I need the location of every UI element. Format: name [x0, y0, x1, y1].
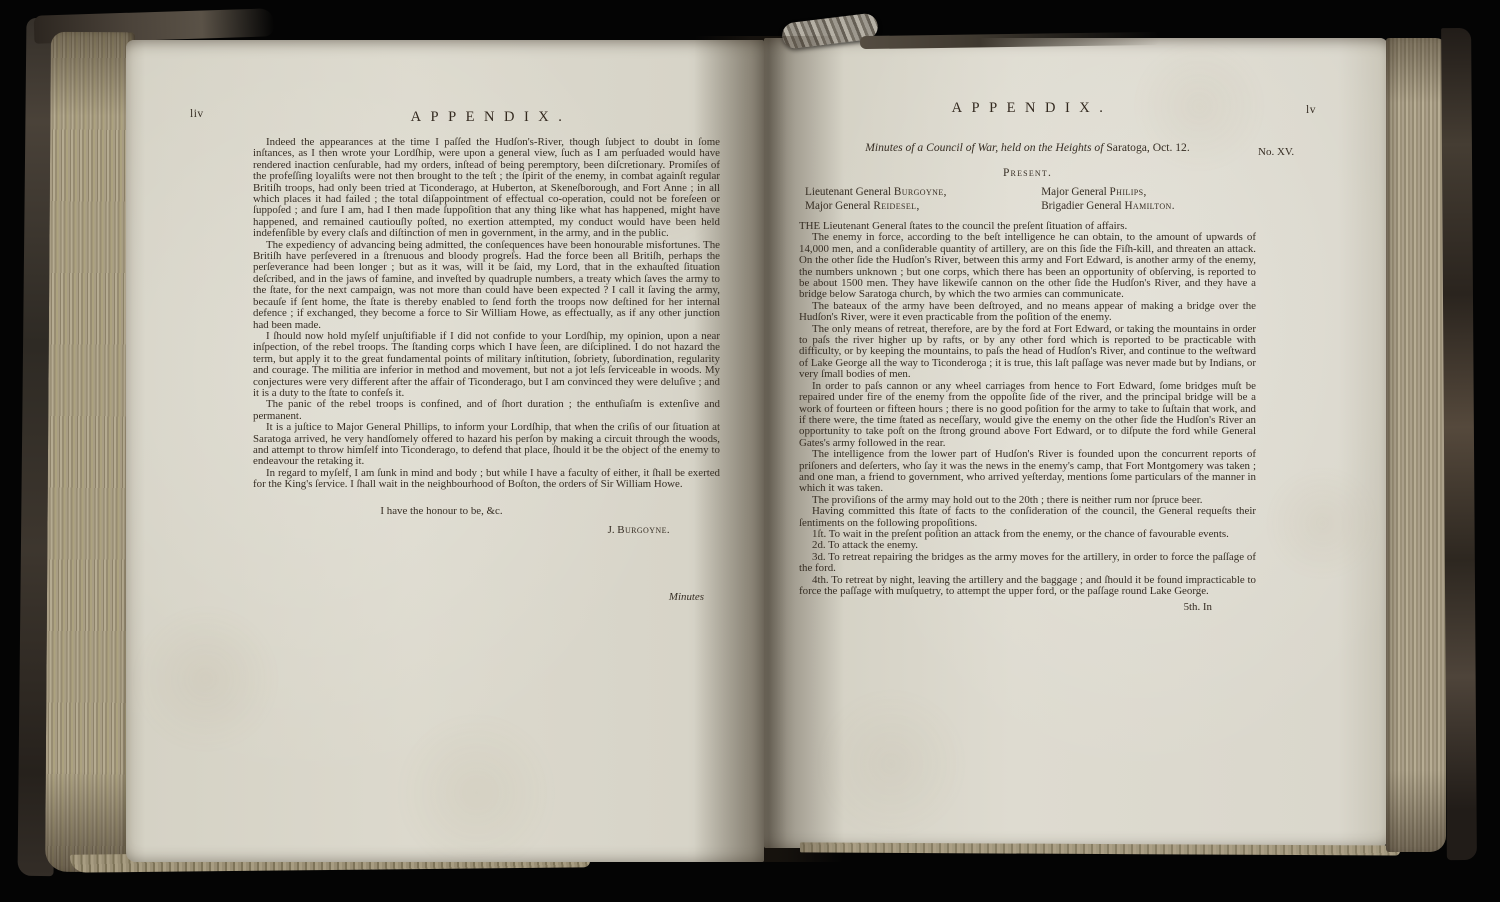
attendee: Major General Reidesel, — [805, 200, 1041, 214]
paragraph: It is a juſtice to Major General Phillip… — [253, 422, 720, 468]
minutes-body: THE Lieutenant General ſtates to the cou… — [799, 221, 1256, 614]
right-page-number: lv — [1306, 104, 1316, 116]
book-photo: liv APPENDIX. Indeed the appearances at … — [0, 0, 1500, 902]
attendee-rank: Brigadier General — [1041, 200, 1124, 212]
attendee: Brigadier General Hamilton. — [1041, 200, 1256, 214]
right-cover-edge — [1441, 28, 1477, 860]
catchword-right: 5th. In — [799, 602, 1256, 613]
left-page-text: Indeed the appearances at the time I paſ… — [253, 137, 720, 604]
attendee-rank: Major General — [1041, 186, 1109, 198]
attendee-rank: Major General — [805, 200, 873, 212]
paragraph: I ſhould now hold myſelf unjuſtifiable i… — [253, 331, 720, 399]
signature-initial: J. — [608, 524, 618, 536]
paragraph: The expediency of advancing being admitt… — [253, 240, 720, 331]
attendee-name: Philips, — [1110, 186, 1147, 198]
attendee-name: Hamilton. — [1124, 200, 1174, 212]
paragraph: Having committed this ſtate of facts to … — [799, 506, 1256, 529]
document-number: No. XV. — [1258, 146, 1294, 158]
paragraph: The intelligence from the lower part of … — [799, 449, 1256, 495]
paragraph: 4th. To retreat by night, leaving the ar… — [799, 575, 1256, 598]
right-page-bottom-edge — [800, 842, 1400, 855]
left-page-fore-edge — [45, 32, 135, 873]
attendee: Lieutenant General Burgoyne, — [805, 186, 1041, 200]
document-title-roman: Saratoga, Oct. 12. — [1106, 141, 1189, 154]
attendee: Major General Philips, — [1041, 186, 1256, 200]
attendee-column-left: Lieutenant General Burgoyne, Major Gener… — [799, 186, 1041, 213]
right-page-fore-edge — [1386, 38, 1446, 852]
document-title: Minutes of a Council of War, held on the… — [799, 141, 1256, 154]
document-title-italic: Minutes of a Council of War, held on the… — [865, 141, 1106, 154]
attendee-name: Reidesel, — [873, 200, 919, 212]
attendee-column-right: Major General Philips, Brigadier General… — [1041, 186, 1256, 213]
attendee-name: Burgoyne, — [894, 186, 947, 198]
catchword-left: Minutes — [253, 592, 720, 603]
paragraph: 3d. To retreat repairing the bridges as … — [799, 552, 1256, 575]
closing-line: I have the honour to be, &c. — [253, 506, 630, 517]
paragraph: The bateaux of the army have been deſtro… — [799, 301, 1256, 324]
paragraph: The panic of the rebel troops is confine… — [253, 399, 720, 422]
paragraph: Indeed the appearances at the time I paſ… — [253, 137, 720, 240]
right-running-head: APPENDIX. — [799, 100, 1256, 117]
attendee-rank: Lieutenant General — [805, 186, 894, 198]
paragraph: The only means of retreat, therefore, ar… — [799, 324, 1256, 381]
paragraph: In regard to myſelf, I am ſunk in mind a… — [253, 468, 720, 491]
signature-name: Burgoyne. — [617, 524, 670, 536]
signature: J. Burgoyne. — [253, 525, 720, 536]
paragraph: The enemy in force, according to the beſ… — [799, 232, 1256, 300]
paragraph: In order to paſs cannon or any wheel car… — [799, 381, 1256, 449]
left-running-head: APPENDIX. — [253, 109, 720, 126]
attendee-list: Lieutenant General Burgoyne, Major Gener… — [799, 186, 1256, 213]
right-page-text: Minutes of a Council of War, held on the… — [799, 141, 1256, 614]
present-heading: Present. — [799, 167, 1256, 179]
left-page-number: liv — [190, 108, 204, 120]
